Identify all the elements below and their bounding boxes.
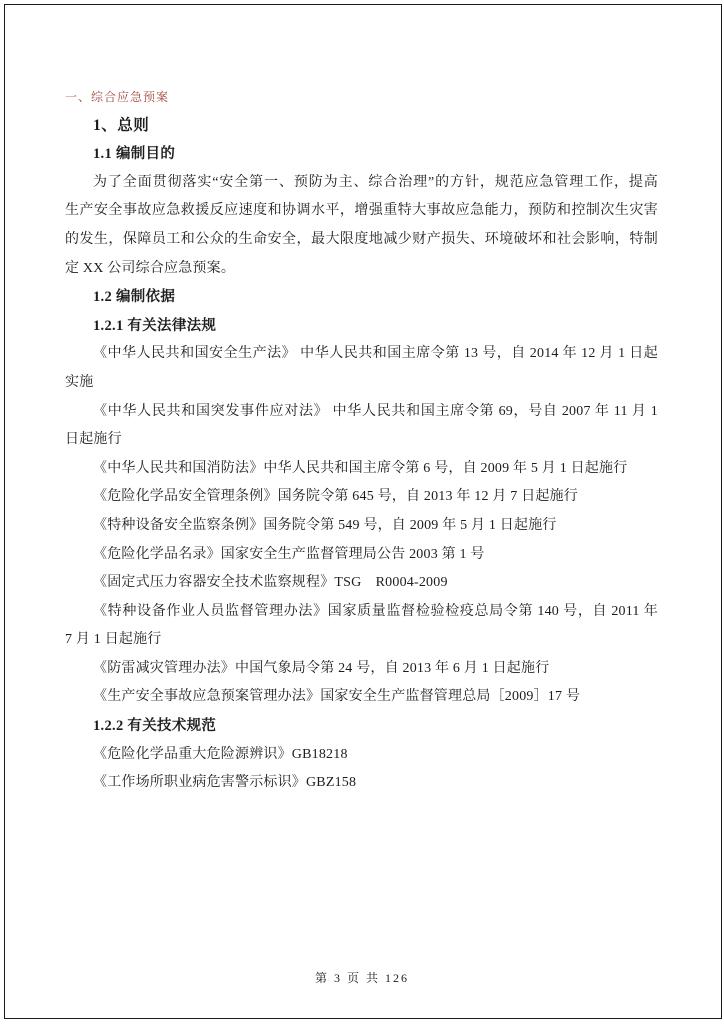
subsection-heading-1-1: 1.1 编制目的 bbox=[65, 140, 658, 169]
paragraph-line: 的发生，保障员工和公众的生命安全，最大限度地减少财产损失、环境破坏和社会影响，特… bbox=[65, 226, 658, 255]
reference-line: 《危险化学品重大危险源辨识》GB18218 bbox=[65, 741, 658, 770]
subsection-heading-1-2: 1.2 编制依据 bbox=[65, 283, 658, 312]
chapter-heading: 一、综合应急预案 bbox=[65, 83, 658, 112]
document-body: 一、综合应急预案 1、总则 1.1 编制目的 为了全面贯彻落实“安全第一、预防为… bbox=[65, 83, 658, 798]
reference-line: 《特种设备作业人员监督管理办法》国家质量监督检验检疫总局令第 140 号，自 2… bbox=[65, 598, 658, 627]
subsection-heading-1-2-2: 1.2.2 有关技术规范 bbox=[65, 712, 658, 741]
reference-line: 《固定式压力容器安全技术监察规程》TSG R0004-2009 bbox=[65, 569, 658, 598]
reference-line: 《特种设备安全监察条例》国务院令第 549 号，自 2009 年 5 月 1 日… bbox=[65, 512, 658, 541]
reference-line: 《中华人民共和国安全生产法》 中华人民共和国主席令第 13 号，自 2014 年… bbox=[65, 340, 658, 369]
paragraph-line: 生产安全事故应急救援反应速度和协调水平，增强重特大事故应急能力，预防和控制次生灾… bbox=[65, 197, 658, 226]
reference-continuation-line: 实施 bbox=[65, 369, 658, 398]
paragraph-line: 定 XX 公司综合应急预案。 bbox=[65, 255, 658, 284]
subsection-heading-1-2-1: 1.2.1 有关法律法规 bbox=[65, 312, 658, 341]
section-heading-1: 1、总则 bbox=[65, 112, 658, 141]
page-number: 第 3 页 共 126 bbox=[0, 969, 724, 986]
reference-continuation-line: 7 月 1 日起施行 bbox=[65, 626, 658, 655]
reference-line: 《危险化学品安全管理条例》国务院令第 645 号，自 2013 年 12 月 7… bbox=[65, 483, 658, 512]
reference-line: 《工作场所职业病危害警示标识》GBZ158 bbox=[65, 769, 658, 798]
document-page: 一、综合应急预案 1、总则 1.1 编制目的 为了全面贯彻落实“安全第一、预防为… bbox=[0, 0, 724, 1024]
reference-line: 《危险化学品名录》国家安全生产监督管理局公告 2003 第 1 号 bbox=[65, 541, 658, 570]
reference-line: 《中华人民共和国消防法》中华人民共和国主席令第 6 号，自 2009 年 5 月… bbox=[65, 455, 658, 484]
reference-line: 《中华人民共和国突发事件应对法》 中华人民共和国主席令第 69，号自 2007 … bbox=[65, 398, 658, 427]
reference-continuation-line: 日起施行 bbox=[65, 426, 658, 455]
paragraph-line: 为了全面贯彻落实“安全第一、预防为主、综合治理”的方针，规范应急管理工作，提高 bbox=[65, 169, 658, 198]
reference-line: 《防雷减灾管理办法》中国气象局令第 24 号，自 2013 年 6 月 1 日起… bbox=[65, 655, 658, 684]
reference-line: 《生产安全事故应急预案管理办法》国家安全生产监督管理总局［2009］17 号 bbox=[65, 683, 658, 712]
